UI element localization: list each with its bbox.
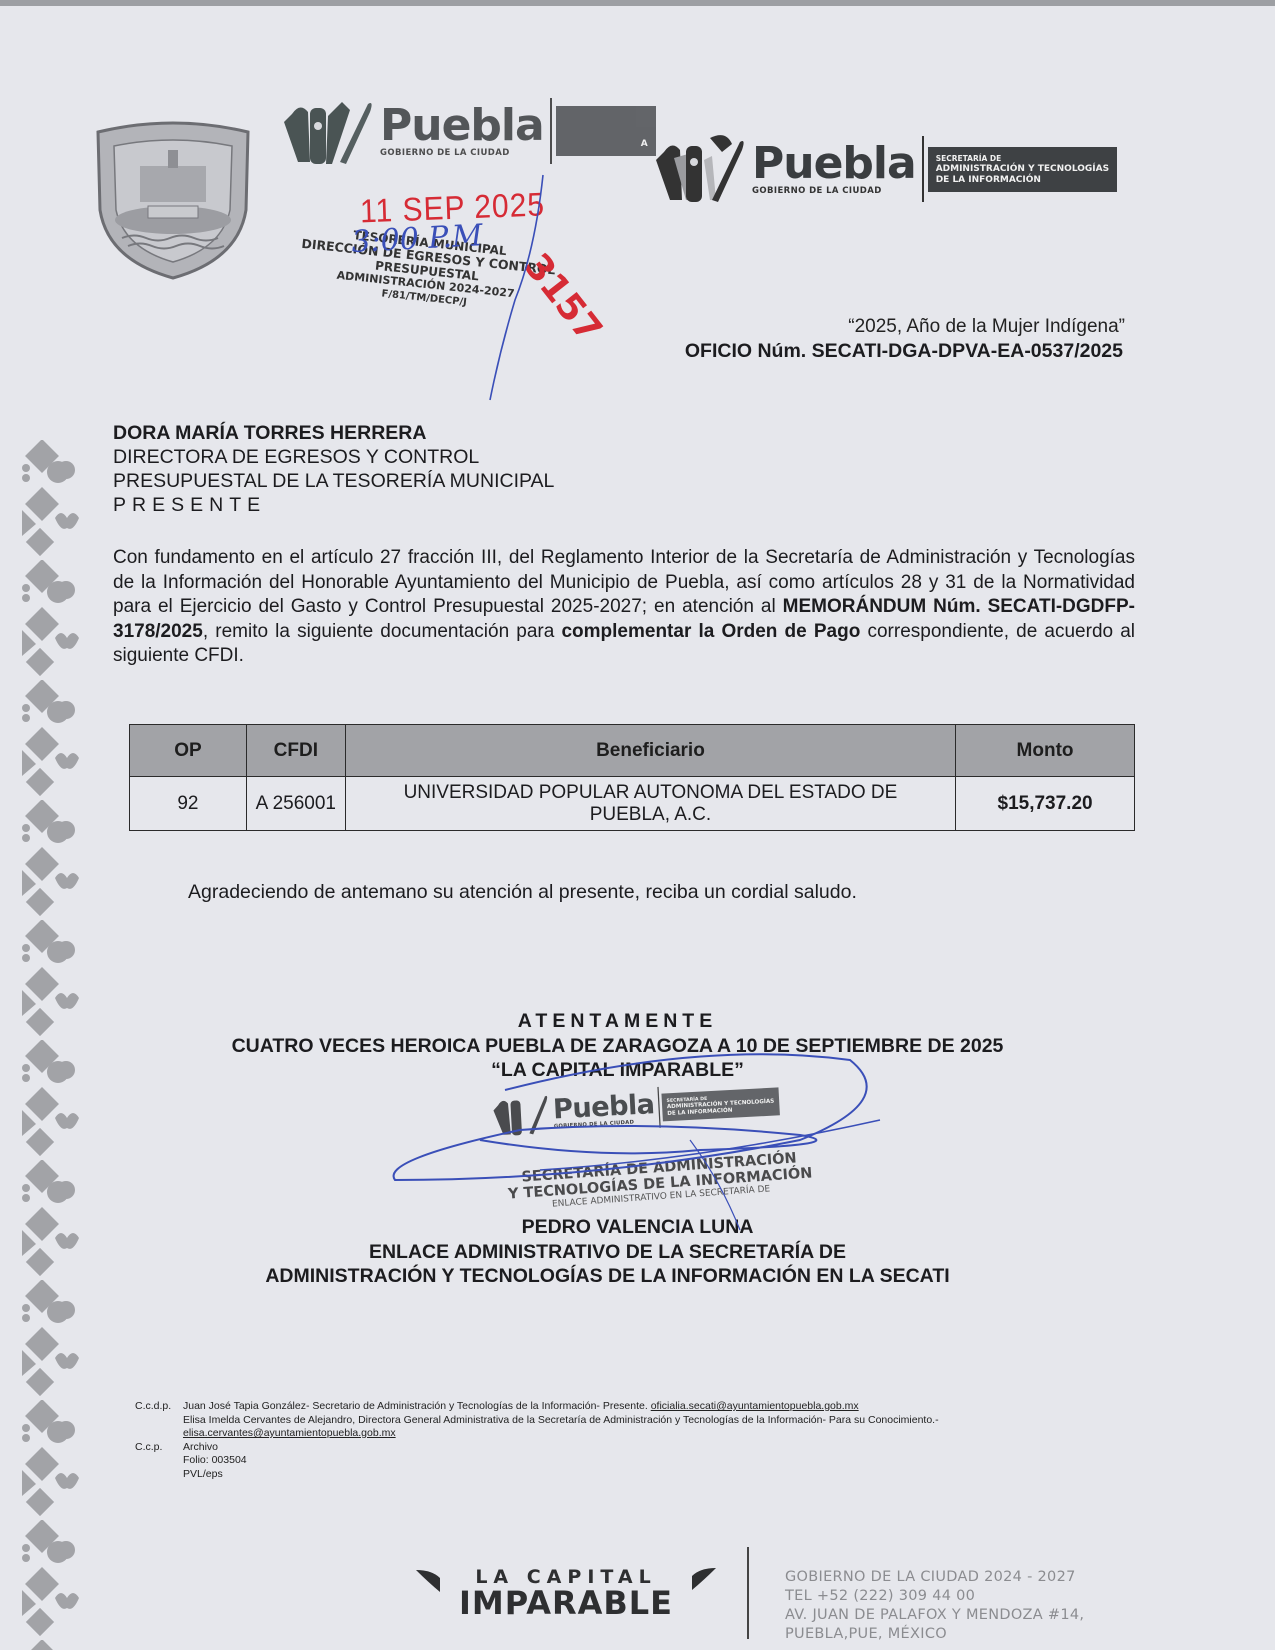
logo-subtitle: GOBIERNO DE LA CIUDAD [752, 186, 882, 196]
city-motto: “LA CAPITAL IMPARABLE” [0, 1059, 1255, 1082]
footer-phone: TEL +52 (222) 309 44 00 [785, 1587, 1084, 1606]
body-emphasis: complementar la Orden de Pago [561, 621, 860, 642]
ccp-row: C.c.p. Archivo [135, 1441, 939, 1455]
ccp-item: Archivo [183, 1441, 218, 1455]
secretariat-seal: SECRETARÍA DE ADMINISTRACIÓN Y TECNOLOGÍ… [459, 1146, 861, 1216]
received-stamp-date: 11 SEP 2025 [359, 187, 545, 231]
column-header-monto: Monto [956, 725, 1135, 777]
ccp-row: Folio: 003504 [135, 1454, 939, 1468]
logo-wordmark: Puebla [752, 142, 916, 186]
footer-brand-line: IMPARABLE [416, 1588, 716, 1618]
puebla-logo-stamped: Puebla GOBIERNO DE LA CIUDAD A [280, 92, 656, 170]
spacer [135, 1414, 183, 1428]
email-link[interactable]: elisa.cervantes@ayuntamientopuebla.gob.m… [183, 1427, 396, 1441]
beneficiario-line: UNIVERSIDAD POPULAR AUTONOMA DEL ESTADO … [346, 782, 955, 804]
city-coat-of-arms [88, 120, 258, 280]
ccdp-recipient: Juan José Tapia González- Secretario de … [183, 1400, 651, 1412]
puebla-city-emblem-icon [280, 92, 376, 170]
logo-subtitle: GOBIERNO DE LA CIUDAD [380, 148, 510, 158]
addressee-title: PRESUPUESTAL DE LA TESORERÍA MUNICIPAL [113, 469, 554, 493]
logo-wordmark: Puebla [552, 1091, 655, 1124]
cell-monto: $15,737.20 [956, 777, 1135, 831]
logo-box-line: ADMINISTRACIÓN Y TECNOLOGÍAS [936, 164, 1109, 175]
footer-address: PUEBLA,PUE, MÉXICO [785, 1625, 1084, 1644]
logo-wordmark: Puebla [380, 104, 544, 148]
scan-edge [0, 0, 1275, 6]
ccdp-recipient: Elisa Imelda Cervantes de Alejandro, Dir… [183, 1414, 939, 1428]
spacer [135, 1454, 183, 1468]
spacer [135, 1427, 183, 1441]
body-text: , remito la siguiente documentación para [203, 621, 562, 642]
initials: PVL/eps [183, 1468, 223, 1482]
payment-order-table: OP CFDI Beneficiario Monto 92 A 256001 U… [129, 724, 1135, 831]
puebla-secati-logo: Puebla GOBIERNO DE LA CIUDAD SECRETARÍA … [652, 130, 1117, 208]
ccdp-label: C.c.d.p. [135, 1400, 183, 1414]
footer-info-line: GOBIERNO DE LA CIUDAD 2024 - 2027 [785, 1568, 1084, 1587]
place-and-date: CUATRO VECES HEROICA PUEBLA DE ZARAGOZA … [0, 1035, 1255, 1058]
right-wing-icon [690, 1566, 718, 1592]
footer-contact-info: GOBIERNO DE LA CIUDAD 2024 - 2027 TEL +5… [785, 1568, 1084, 1644]
cell-cfdi: A 256001 [246, 777, 345, 831]
puebla-city-emblem-icon [652, 130, 748, 208]
footer-divider [747, 1547, 749, 1639]
ccdp-row: elisa.cervantes@ayuntamientopuebla.gob.m… [135, 1427, 939, 1441]
email-link[interactable]: oficialia.secati@ayuntamientopuebla.gob.… [651, 1400, 859, 1412]
signer-title: ADMINISTRACIÓN Y TECNOLOGÍAS DE LA INFOR… [0, 1264, 1245, 1289]
oficio-number: OFICIO Núm. SECATI-DGA-DPVA-EA-0537/2025 [685, 340, 1123, 363]
cell-op: 92 [130, 777, 247, 831]
secretariat-seal-logo: Puebla GOBIERNO DE LA CIUDAD SECRETARÍA … [490, 1077, 780, 1140]
table-header-row: OP CFDI Beneficiario Monto [130, 725, 1135, 777]
logo-divider [657, 1087, 660, 1128]
footer-address: AV. JUAN DE PALAFOX Y MENDOZA #14, [785, 1606, 1084, 1625]
atentamente-label: ATENTAMENTE [0, 1010, 1255, 1033]
logo-divider [550, 98, 552, 164]
column-header-beneficiario: Beneficiario [345, 725, 955, 777]
puebla-city-emblem-icon [490, 1089, 552, 1140]
body-paragraph: Con fundamento en el artículo 27 fracció… [113, 546, 1135, 669]
logo-secretariat-box: SECRETARÍA DE ADMINISTRACIÓN Y TECNOLOGÍ… [661, 1087, 780, 1121]
cell-beneficiario: UNIVERSIDAD POPULAR AUTONOMA DEL ESTADO … [345, 777, 955, 831]
signer-title: ENLACE ADMINISTRATIVO DE LA SECRETARÍA D… [0, 1240, 1245, 1265]
beneficiario-line: PUEBLA, A.C. [346, 804, 955, 826]
folio-number: Folio: 003504 [183, 1454, 247, 1468]
logo-secretariat-box: A [556, 106, 656, 156]
ccdp-row: C.c.d.p. Juan José Tapia González- Secre… [135, 1400, 939, 1414]
carbon-copy-block: C.c.d.p. Juan José Tapia González- Secre… [135, 1400, 939, 1481]
column-header-op: OP [130, 725, 247, 777]
logo-box-line: DE LA INFORMACIÓN [936, 175, 1109, 186]
addressee-title: DIRECTORA DE EGRESOS Y CONTROL [113, 445, 554, 469]
logo-box-fragment: A [641, 139, 648, 150]
closing-thanks: Agradeciendo de antemano su atención al … [188, 881, 857, 904]
ccp-row: PVL/eps [135, 1468, 939, 1482]
presente-label: PRESENTE [113, 493, 554, 517]
addressee-name: DORA MARÍA TORRES HERRERA [113, 421, 554, 445]
logo-secretariat-box: SECRETARÍA DE ADMINISTRACIÓN Y TECNOLOGÍ… [928, 147, 1117, 192]
column-header-cfdi: CFDI [246, 725, 345, 777]
logo-box-line: SECRETARÍA DE [936, 153, 1109, 164]
signer-name: PEDRO VALENCIA LUNA [0, 1215, 1275, 1240]
table-row: 92 A 256001 UNIVERSIDAD POPULAR AUTONOMA… [130, 777, 1135, 831]
year-motto: “2025, Año de la Mujer Indígena” [848, 316, 1125, 338]
spacer [135, 1468, 183, 1482]
ccdp-row: Elisa Imelda Cervantes de Alejandro, Dir… [135, 1414, 939, 1428]
left-wing-icon [414, 1568, 442, 1594]
footer-brand-logo: LA CAPITAL IMPARABLE [416, 1566, 716, 1618]
ccp-label: C.c.p. [135, 1441, 183, 1455]
logo-divider [922, 136, 924, 202]
addressee-block: DORA MARÍA TORRES HERRERA DIRECTORA DE E… [113, 421, 554, 517]
